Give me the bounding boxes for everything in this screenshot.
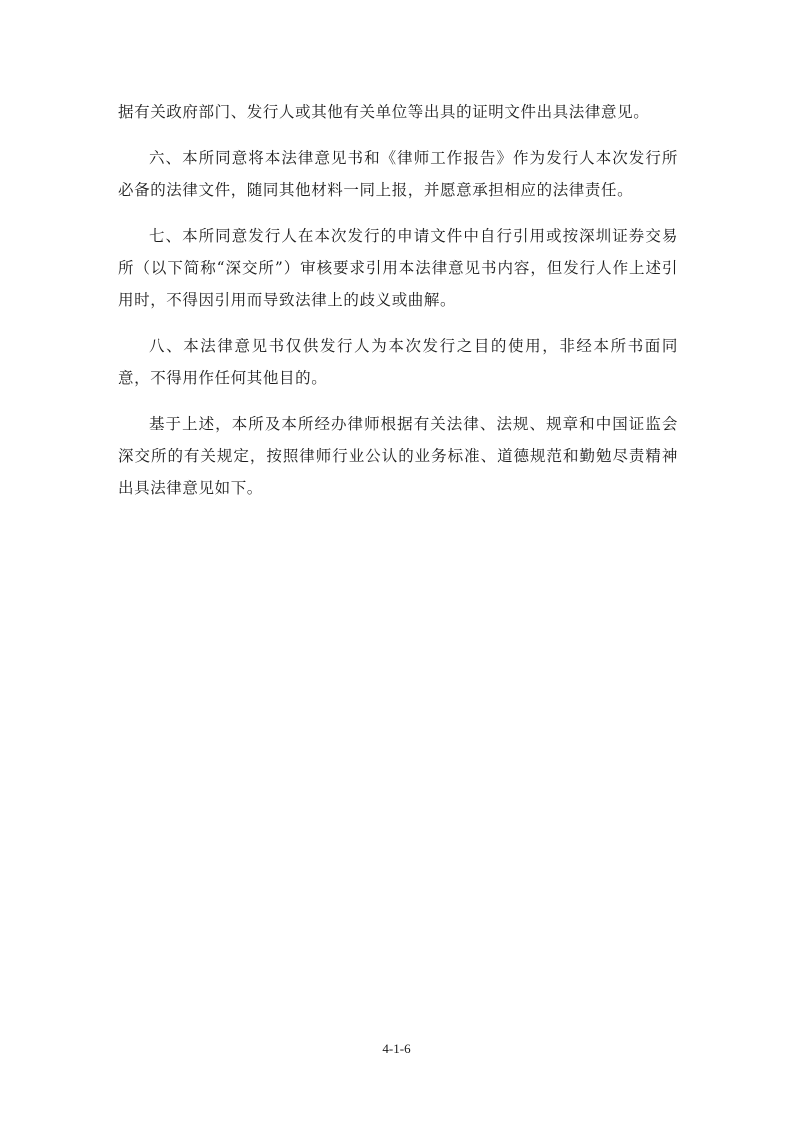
page-number: 4-1-6 [0, 1041, 793, 1057]
paragraph-continuation: 据有关政府部门、发行人或其他有关单位等出具的证明文件出具法律意见。 [118, 96, 678, 128]
document-page: 据有关政府部门、发行人或其他有关单位等出具的证明文件出具法律意见。 六、本所同意… [0, 0, 793, 1122]
paragraph-conclusion: 基于上述，本所及本所经办律师根据有关法律、法规、规章和中国证监会深交所的有关规定… [118, 408, 678, 504]
paragraph-item-6: 六、本所同意将本法律意见书和《律师工作报告》作为发行人本次发行所必备的法律文件，… [118, 142, 678, 206]
paragraph-item-8: 八、本法律意见书仅供发行人为本次发行之目的使用，非经本所书面同意，不得用作任何其… [118, 330, 678, 394]
document-body: 据有关政府部门、发行人或其他有关单位等出具的证明文件出具法律意见。 六、本所同意… [118, 96, 678, 518]
paragraph-item-7: 七、本所同意发行人在本次发行的申请文件中自行引用或按深圳证券交易所（以下简称“深… [118, 220, 678, 316]
